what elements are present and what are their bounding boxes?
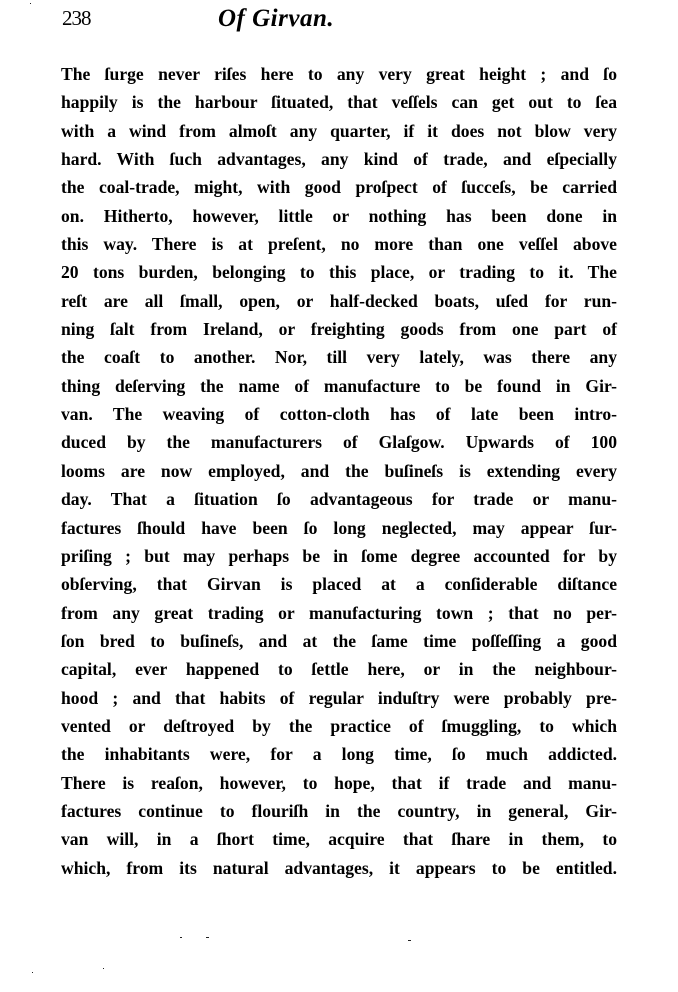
text-line: ſon bred to buſineſs, and at the ſame ti… [61, 627, 617, 655]
text-line: factures ſhould have been ſo long neglec… [61, 514, 617, 542]
text-line: factures continue to flouriſh in the cou… [61, 797, 617, 825]
text-line: hard. With ſuch advantages, any kind of … [61, 145, 617, 173]
text-line: looms are now employed, and the buſineſs… [61, 457, 617, 485]
text-line: The ſurge never riſes here to any very g… [61, 60, 617, 88]
scan-speck [180, 937, 182, 938]
text-line: which, from its natural advantages, it a… [61, 854, 617, 882]
scan-speck [32, 972, 33, 973]
text-line: obſerving, that Girvan is placed at a co… [61, 570, 617, 598]
text-line: hood ; and that habits of regular induſt… [61, 684, 617, 712]
scan-speck [408, 940, 411, 941]
text-line: with a wind from almoſt any quarter, if … [61, 117, 617, 145]
text-line: on. Hitherto, however, little or nothing… [61, 202, 617, 230]
text-line: the coal-trade, might, with good proſpec… [61, 173, 617, 201]
scan-speck [103, 968, 104, 969]
text-line: priſing ; but may perhaps be in ſome deg… [61, 542, 617, 570]
running-title: Of Girvan. [218, 5, 334, 33]
page-number: 238 [62, 6, 91, 31]
text-line: capital, ever happened to ſettle here, o… [61, 655, 617, 683]
scan-speck [30, 3, 31, 4]
text-line: van. The weaving of cotton-cloth has of … [61, 400, 617, 428]
text-line: reſt are all ſmall, open, or half-decked… [61, 287, 617, 315]
text-line: ning ſalt from Ireland, or freighting go… [61, 315, 617, 343]
page-header: 238 Of Girvan. [0, 0, 678, 50]
text-line: day. That a ſituation ſo advantageous fo… [61, 485, 617, 513]
text-line: duced by the manufacturers of Glaſgow. U… [61, 428, 617, 456]
text-line: van will, in a ſhort time, acquire that … [61, 825, 617, 853]
scan-speck [206, 937, 209, 938]
body-text: The ſurge never riſes here to any very g… [61, 60, 617, 882]
text-line: There is reaſon, however, to hope, that … [61, 769, 617, 797]
text-line: vented or deſtroyed by the practice of ſ… [61, 712, 617, 740]
text-line: happily is the harbour ſituated, that ve… [61, 88, 617, 116]
text-line: 20 tons burden, belonging to this place,… [61, 258, 617, 286]
text-line: the inhabitants were, for a long time, ſ… [61, 740, 617, 768]
text-line: from any great trading or manufacturing … [61, 599, 617, 627]
text-line: the coaſt to another. Nor, till very lat… [61, 343, 617, 371]
text-line: thing deſerving the name of manufacture … [61, 372, 617, 400]
text-line: this way. There is at preſent, no more t… [61, 230, 617, 258]
